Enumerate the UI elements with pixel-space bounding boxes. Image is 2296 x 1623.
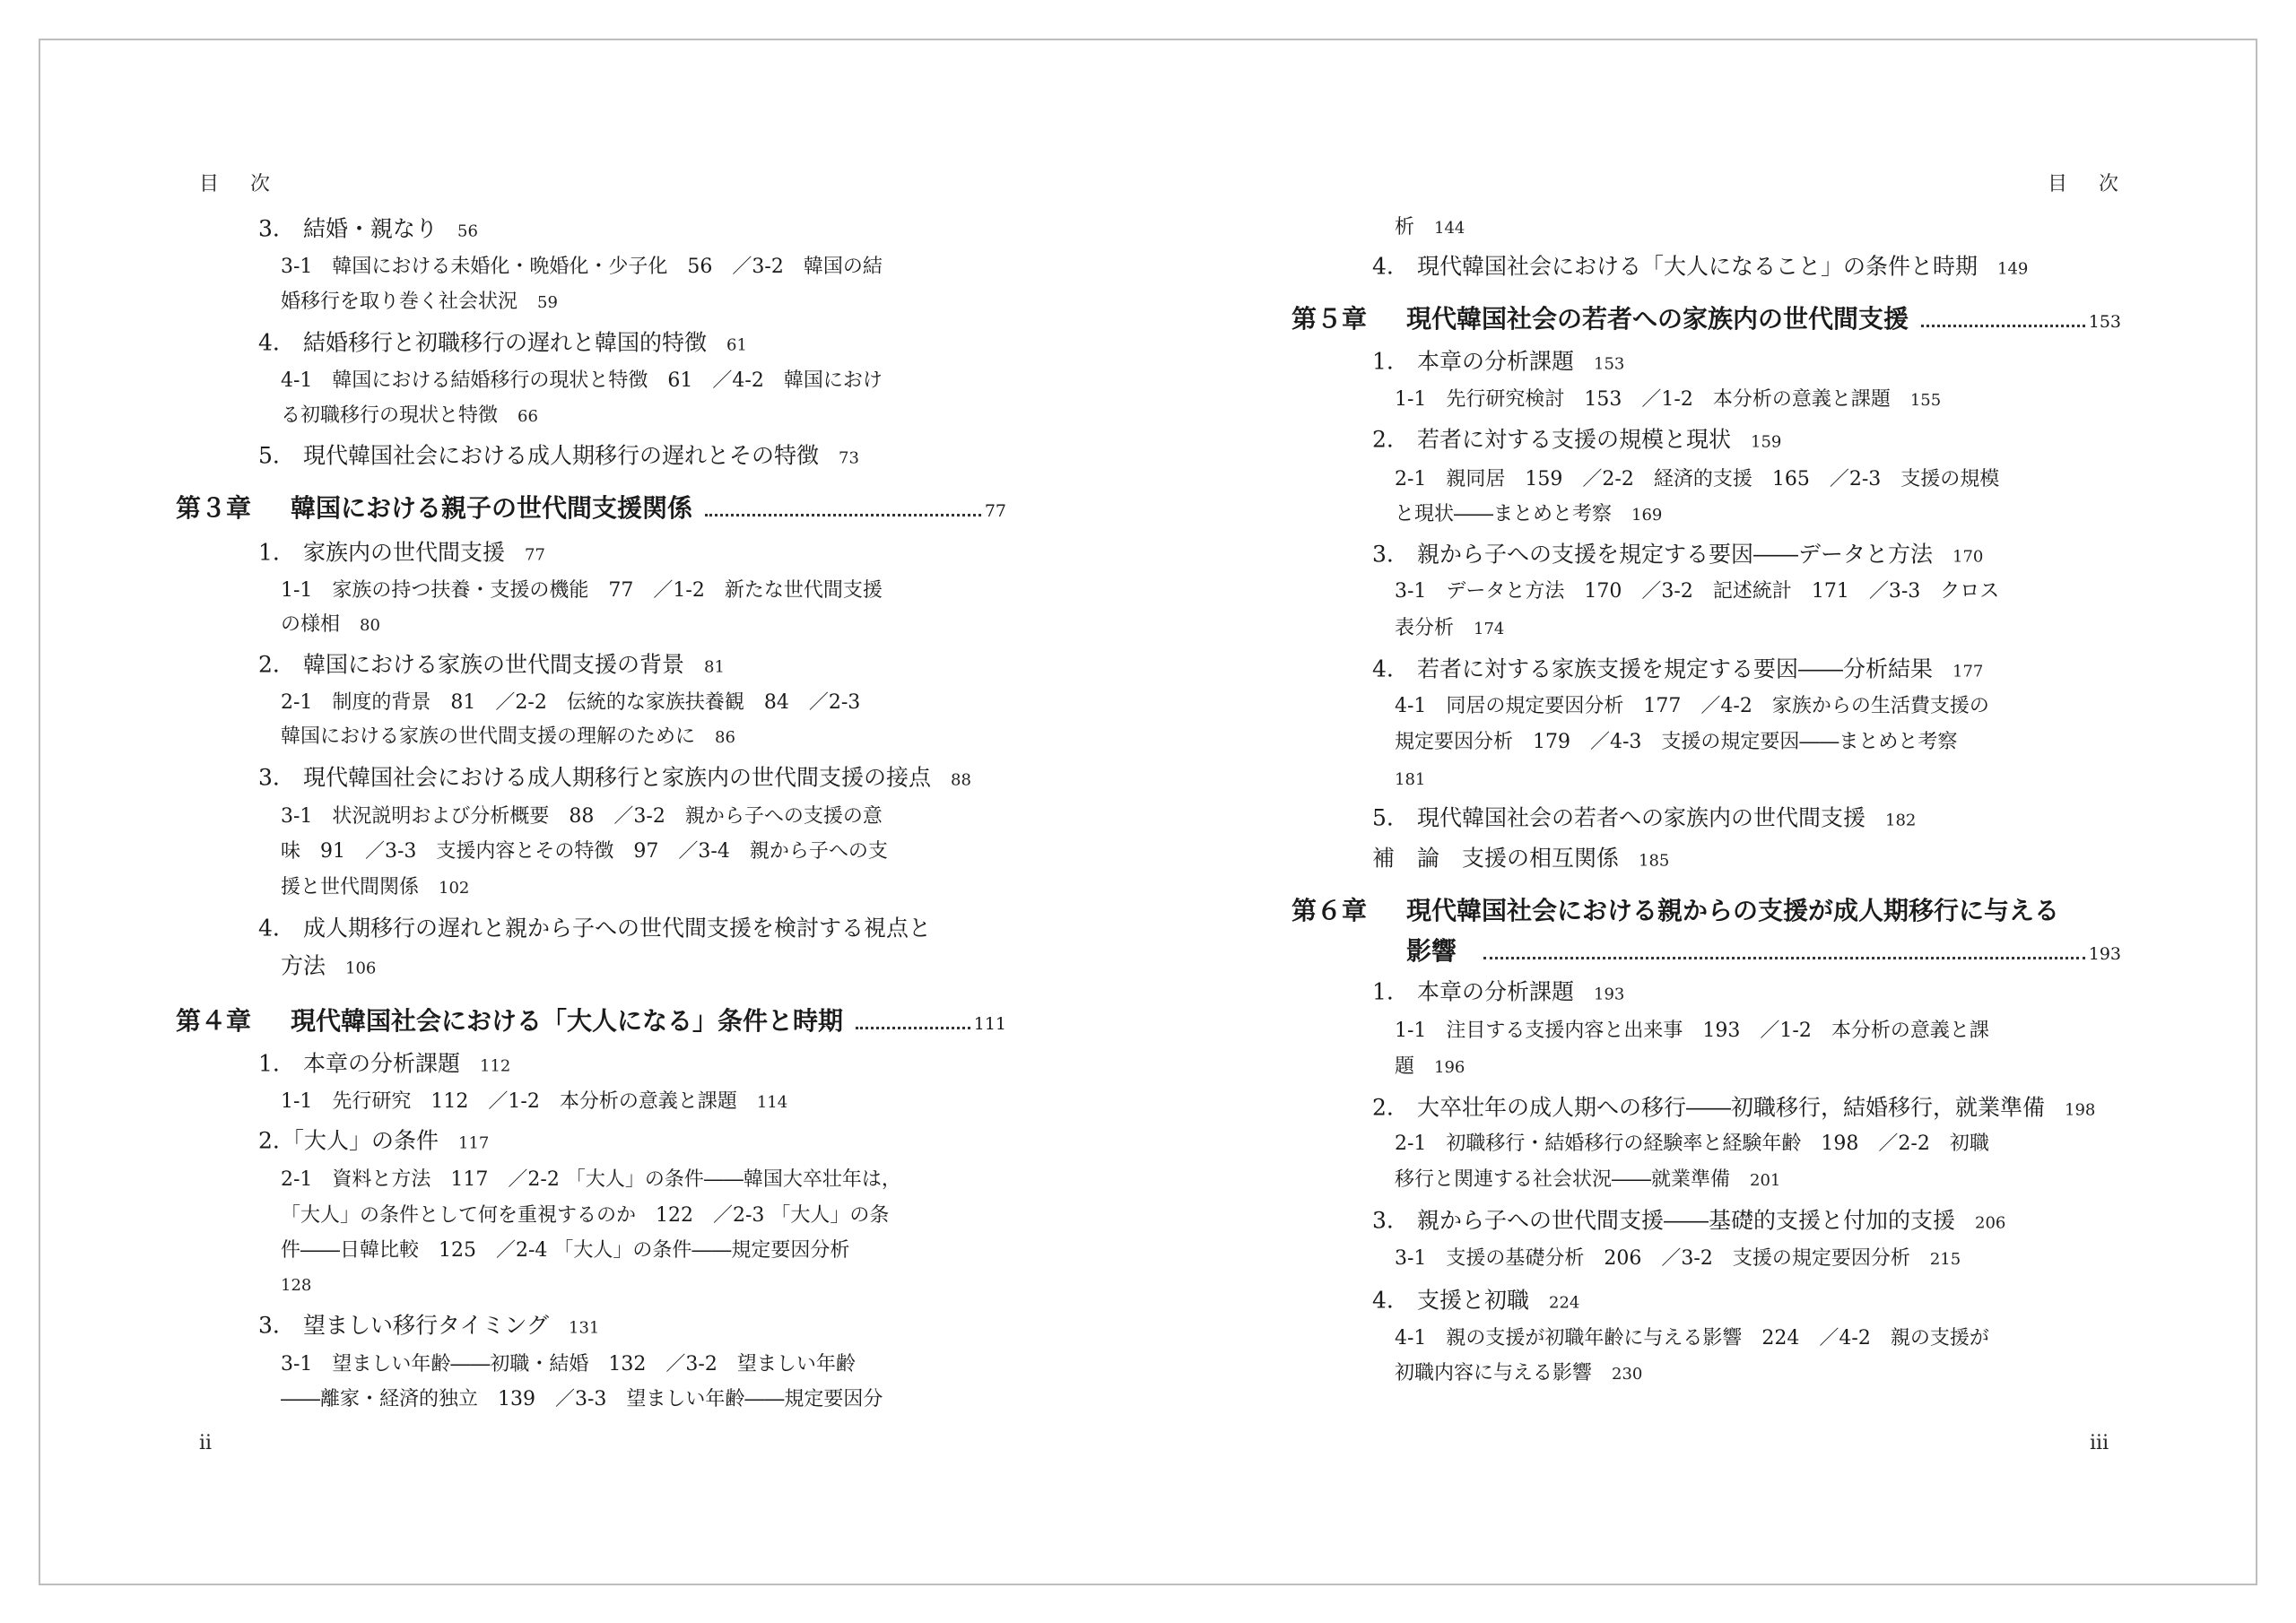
toc-section[interactable]: 3.親から子への世代間支援――基礎的支援と付加的支援206 xyxy=(1372,1210,2005,1232)
toc-supplement[interactable]: 補 論支援の相互関係185 xyxy=(1372,847,1669,870)
page-number: 153 xyxy=(1594,355,1624,374)
toc-section[interactable]: 1.本章の分析課題193 xyxy=(1372,981,1624,1003)
section-title: 本章の分析課題 xyxy=(1417,979,1574,1005)
toc-chapter-6-continued[interactable]: 影響193 xyxy=(1406,939,2121,966)
page-number: 170 xyxy=(1952,548,1983,567)
subsection-text: 2-1 制度的背景 81 ／2-2 伝統的な家族扶養観 84 ／2-3 xyxy=(281,691,860,714)
chapter-title: 現代韓国社会の若者への家族内の世代間支援 xyxy=(1406,307,1909,332)
subsection-text: 2-1 親同居 159 ／2-2 経済的支援 165 ／2-3 支援の規模 xyxy=(1395,468,1999,490)
section-title: 現代韓国社会の若者への家族内の世代間支援 xyxy=(1417,805,1865,831)
subsection-text: 3-1 望ましい年齢――初職・結婚 132 ／3-2 望ましい年齢 xyxy=(281,1353,856,1376)
page-number: 174 xyxy=(1474,620,1504,638)
subsection-text: 婚移行を取り巻く社会状況 xyxy=(281,291,517,313)
toc-section[interactable]: 4.若者に対する家族支援を規定する要因――分析結果177 xyxy=(1372,658,1983,681)
running-header-left: 目 次 xyxy=(199,175,283,195)
toc-subsection[interactable]: 3-1 支援の基礎分析 206 ／3-2 支援の規定要因分析215 xyxy=(1395,1249,1961,1269)
page-folio-right: iii xyxy=(2090,1434,2109,1454)
toc-subsection[interactable]: 韓国における家族の世代間支援の理解のために86 xyxy=(281,727,735,747)
page-number: 61 xyxy=(726,336,747,355)
toc-subsection[interactable]: 「大人」の条件として何を重視するのか 122 ／2-3 「大人」の条 xyxy=(281,1206,889,1226)
page-number: 128 xyxy=(281,1276,311,1295)
section-title: 「大人」の条件 xyxy=(282,1128,439,1154)
page-number: 169 xyxy=(1631,506,1662,525)
subsection-text: 「大人」の条件として何を重視するのか 122 ／2-3 「大人」の条 xyxy=(281,1204,889,1227)
page-number: 131 xyxy=(569,1319,599,1338)
subsection-text: る初職移行の現状と特徴 xyxy=(281,404,498,427)
chapter-page-number: 111 xyxy=(974,1016,1006,1033)
toc-subsection[interactable]: 4-1 親の支援が初職年齢に与える影響 224 ／4-2 親の支援が xyxy=(1395,1329,1989,1349)
page-number: 86 xyxy=(715,728,735,747)
toc-subsection[interactable]: ――離家・経済的独立 139 ／3-3 望ましい年齢――規定要因分 xyxy=(281,1390,883,1410)
section-number: 4. xyxy=(1372,256,1417,278)
page-number: 117 xyxy=(458,1134,489,1153)
subsection-text: 2-1 資料と方法 117 ／2-2 「大人」の条件――韓国大卒壮年は， xyxy=(281,1168,901,1191)
running-header-right: 目 次 xyxy=(2048,175,2131,195)
chapter-title: 現代韓国社会における「大人になる」条件と時期 xyxy=(291,1009,843,1034)
toc-subsection[interactable]: 表分析174 xyxy=(1395,619,1504,638)
section-title: 大卒壮年の成人期への移行――初職移行，結婚移行，就業準備 xyxy=(1417,1095,2045,1121)
toc-section[interactable]: 2.「大人」の条件117 xyxy=(258,1130,489,1152)
toc-subsection[interactable]: の様相80 xyxy=(281,615,380,635)
toc-chapter-6[interactable]: 第６章現代韓国社会における親からの支援が成人期移行に与える xyxy=(1291,898,2059,924)
subsection-text: 4-1 同居の規定要因分析 177 ／4-2 家族からの生活費支援の xyxy=(1395,695,1989,717)
subsection-text: 味 91 ／3-3 支援内容とその特徴 97 ／3-4 親から子への支 xyxy=(281,840,888,863)
page-number: 66 xyxy=(517,407,538,426)
toc-subsection[interactable]: 婚移行を取り巻く社会状況59 xyxy=(281,292,558,312)
subsection-text: 題 xyxy=(1395,1055,1414,1078)
toc-section[interactable]: 1.本章の分析課題112 xyxy=(258,1053,510,1075)
section-title: 親から子への支援を規定する要因――データと方法 xyxy=(1417,542,1933,568)
page-number: 193 xyxy=(1594,985,1624,1004)
subsection-text: 1-1 注目する支援内容と出来事 193 ／1-2 本分析の意義と課 xyxy=(1395,1020,1989,1042)
toc-section[interactable]: 3.現代韓国社会における成人期移行と家族内の世代間支援の接点88 xyxy=(258,767,971,789)
section-number: 3. xyxy=(258,218,303,240)
toc-subsection[interactable]: 2-1 資料と方法 117 ／2-2 「大人」の条件――韓国大卒壮年は， xyxy=(281,1170,901,1190)
subsection-text: 4-1 韓国における結婚移行の現状と特徴 61 ／4-2 韓国におけ xyxy=(281,369,883,392)
toc-subsection[interactable]: 1-1 注目する支援内容と出来事 193 ／1-2 本分析の意義と課 xyxy=(1395,1021,1989,1041)
subsection-text: 4-1 親の支援が初職年齢に与える影響 224 ／4-2 親の支援が xyxy=(1395,1327,1989,1350)
page-number: 112 xyxy=(480,1057,510,1076)
toc-section-continued[interactable]: 方法106 xyxy=(281,955,376,977)
section-number: 2. xyxy=(258,1130,282,1152)
section-title: 現代韓国社会における成人期移行と家族内の世代間支援の接点 xyxy=(303,765,931,791)
toc-chapter-5[interactable]: 第５章現代韓国社会の若者への家族内の世代間支援153 xyxy=(1291,307,2121,334)
section-number: 補 論 xyxy=(1372,847,1462,870)
section-title: 親から子への世代間支援――基礎的支援と付加的支援 xyxy=(1417,1208,1955,1234)
page-number: 206 xyxy=(1975,1214,2005,1233)
section-number: 3. xyxy=(1372,1210,1417,1232)
toc-subsection[interactable]: 4-1 同居の規定要因分析 177 ／4-2 家族からの生活費支援の xyxy=(1395,697,1989,716)
subsection-text: 3-1 データと方法 170 ／3-2 記述統計 171 ／3-3 クロス xyxy=(1395,580,1999,603)
section-number: 1. xyxy=(258,542,303,564)
section-number: 3. xyxy=(258,1315,303,1337)
toc-section[interactable]: 5.現代韓国社会における成人期移行の遅れとその特徴73 xyxy=(258,445,859,467)
toc-section[interactable]: 2.韓国における家族の世代間支援の背景81 xyxy=(258,654,725,676)
subsection-text: 2-1 初職移行・結婚移行の経験率と経験年齢 198 ／2-2 初職 xyxy=(1395,1133,1989,1155)
section-number: 5. xyxy=(258,445,303,467)
page-number: 149 xyxy=(1997,260,2028,279)
section-number: 2. xyxy=(258,654,303,676)
section-title: 支援と初職 xyxy=(1417,1288,1529,1314)
subsection-text: 3-1 韓国における未婚化・晩婚化・少子化 56 ／3-2 韓国の結 xyxy=(281,256,883,278)
section-number: 3. xyxy=(258,767,303,789)
section-number: 4. xyxy=(258,332,303,354)
subsection-text: 援と世代間関係 xyxy=(281,876,419,898)
toc-section[interactable]: 1.本章の分析課題153 xyxy=(1372,351,1624,373)
toc-section[interactable]: 3.望ましい移行タイミング131 xyxy=(258,1315,599,1337)
section-title: 若者に対する家族支援を規定する要因――分析結果 xyxy=(1417,656,1933,682)
toc-section[interactable]: 4.現代韓国社会における「大人になること」の条件と時期149 xyxy=(1372,256,2028,278)
section-number: 1. xyxy=(258,1053,303,1075)
toc-section[interactable]: 2.若者に対する支援の規模と現状159 xyxy=(1372,429,1781,451)
page-number: 215 xyxy=(1930,1250,1961,1269)
section-title: 方法 xyxy=(281,953,326,979)
toc-section[interactable]: 1.家族内の世代間支援77 xyxy=(258,542,545,564)
dot-leader xyxy=(856,1026,970,1029)
page-number: 73 xyxy=(839,449,859,468)
page-number: 77 xyxy=(525,546,545,565)
page-number: 159 xyxy=(1751,433,1781,452)
page-number: 114 xyxy=(757,1093,787,1112)
toc-subsection[interactable]: 1-1 先行研究検討 153 ／1-2 本分析の意義と課題155 xyxy=(1395,390,1941,410)
page-number: 155 xyxy=(1910,391,1941,410)
toc-section[interactable]: 4.支援と初職224 xyxy=(1372,1289,1579,1312)
subsection-text: 3-1 状況説明および分析概要 88 ／3-2 親から子への支援の意 xyxy=(281,805,883,828)
page-number: 177 xyxy=(1952,663,1983,681)
toc-subsection[interactable]: 2-1 親同居 159 ／2-2 経済的支援 165 ／2-3 支援の規模 xyxy=(1395,470,1999,490)
subsection-text: の様相 xyxy=(281,613,340,636)
section-number: 1. xyxy=(1372,981,1417,1003)
subsection-text: 韓国における家族の世代間支援の理解のために xyxy=(281,725,695,748)
section-title: 本章の分析課題 xyxy=(303,1051,460,1077)
toc-chapter-3[interactable]: 第３章韓国における親子の世代間支援関係77 xyxy=(176,496,1006,523)
page-number: 80 xyxy=(360,616,380,635)
page-number: 56 xyxy=(457,222,478,241)
chapter-label: 第３章 xyxy=(176,496,291,521)
toc-subsection[interactable]: 1-1 家族の持つ扶養・支援の機能 77 ／1-2 新たな世代間支援 xyxy=(281,581,883,601)
page-number: 201 xyxy=(1750,1171,1780,1190)
section-title: 現代韓国社会における「大人になること」の条件と時期 xyxy=(1417,254,1978,280)
toc-subsection[interactable]: 128 xyxy=(261,1275,311,1295)
subsection-text: と現状――まとめと考察 xyxy=(1395,503,1612,525)
chapter-page-number: 193 xyxy=(2089,946,2121,963)
toc-subsection[interactable]: 析144 xyxy=(1395,218,1465,238)
toc-subsection[interactable]: 移行と関連する社会状況――就業準備201 xyxy=(1395,1170,1780,1190)
page-number: 182 xyxy=(1885,811,1916,830)
page-number: 102 xyxy=(439,879,469,898)
page-folio-left: ii xyxy=(199,1434,212,1454)
section-title: 家族内の世代間支援 xyxy=(303,540,505,566)
subsection-text: 1-1 家族の持つ扶養・支援の機能 77 ／1-2 新たな世代間支援 xyxy=(281,579,883,602)
page-number: 185 xyxy=(1639,852,1669,871)
toc-subsection[interactable]: 3-1 状況説明および分析概要 88 ／3-2 親から子への支援の意 xyxy=(281,807,883,827)
subsection-text: 析 xyxy=(1395,216,1414,239)
section-title: 結婚・親なり xyxy=(303,216,438,242)
page-number: 88 xyxy=(951,771,971,790)
subsection-text: 1-1 先行研究検討 153 ／1-2 本分析の意義と課題 xyxy=(1395,388,1891,411)
page-number: 81 xyxy=(704,658,725,677)
chapter-label: 第６章 xyxy=(1291,898,1406,924)
toc-subsection[interactable]: 2-1 制度的背景 81 ／2-2 伝統的な家族扶養観 84 ／2-3 xyxy=(281,693,860,713)
subsection-text: 表分析 xyxy=(1395,617,1454,639)
chapter-title: 韓国における親子の世代間支援関係 xyxy=(291,496,692,521)
toc-section[interactable]: 3.親から子への支援を規定する要因――データと方法170 xyxy=(1372,543,1983,566)
subsection-text: ――離家・経済的独立 139 ／3-3 望ましい年齢――規定要因分 xyxy=(281,1388,883,1410)
toc-subsection[interactable]: と現状――まとめと考察169 xyxy=(1395,505,1662,525)
chapter-page-number: 153 xyxy=(2089,314,2121,331)
section-title: 若者に対する支援の規模と現状 xyxy=(1417,427,1731,453)
subsection-text: 件――日韓比較 125 ／2-4 「大人」の条件――規定要因分析 xyxy=(281,1239,849,1262)
page-number: 181 xyxy=(1395,770,1425,789)
toc-subsection[interactable]: 味 91 ／3-3 支援内容とその特徴 97 ／3-4 親から子への支 xyxy=(281,842,888,862)
subsection-text: 3-1 支援の基礎分析 206 ／3-2 支援の規定要因分析 xyxy=(1395,1247,1910,1270)
toc-subsection[interactable]: 3-1 韓国における未婚化・晩婚化・少子化 56 ／3-2 韓国の結 xyxy=(281,257,883,277)
toc-subsection[interactable]: 181 xyxy=(1375,769,1425,789)
toc-subsection[interactable]: 3-1 望ましい年齢――初職・結婚 132 ／3-2 望ましい年齢 xyxy=(281,1355,856,1375)
toc-subsection[interactable]: 題196 xyxy=(1395,1057,1465,1077)
page-number: 106 xyxy=(345,959,376,978)
chapter-title: 現代韓国社会における親からの支援が成人期移行に与える xyxy=(1406,898,2059,924)
toc-section[interactable]: 2.大卒壮年の成人期への移行――初職移行，結婚移行，就業準備198 xyxy=(1372,1097,2095,1119)
page-number: 230 xyxy=(1612,1365,1642,1384)
page-number: 144 xyxy=(1434,219,1465,238)
toc-subsection[interactable]: 2-1 初職移行・結婚移行の経験率と経験年齢 198 ／2-2 初職 xyxy=(1395,1134,1989,1154)
dot-leader xyxy=(1483,956,2085,959)
toc-subsection[interactable]: 1-1 先行研究 112 ／1-2 本分析の意義と課題114 xyxy=(281,1092,787,1112)
toc-subsection[interactable]: る初職移行の現状と特徴66 xyxy=(281,406,538,426)
toc-section[interactable]: 4.結婚移行と初職移行の遅れと韓国的特徴61 xyxy=(258,332,747,354)
subsection-text: 移行と関連する社会状況――就業準備 xyxy=(1395,1168,1730,1191)
toc-subsection[interactable]: 3-1 データと方法 170 ／3-2 記述統計 171 ／3-3 クロス xyxy=(1395,582,1999,602)
chapter-label: 第５章 xyxy=(1291,307,1406,332)
subsection-text: 1-1 先行研究 112 ／1-2 本分析の意義と課題 xyxy=(281,1090,737,1113)
toc-subsection[interactable]: 規定要因分析 179 ／4-3 支援の規定要因――まとめと考察 xyxy=(1395,733,1957,752)
page-number: 224 xyxy=(1549,1294,1579,1313)
section-title: 現代韓国社会における成人期移行の遅れとその特徴 xyxy=(303,443,819,469)
page-number: 59 xyxy=(537,293,558,312)
chapter-page-number: 77 xyxy=(985,503,1006,520)
section-number: 2. xyxy=(1372,429,1417,451)
toc-section[interactable]: 4.成人期移行の遅れと親から子への世代間支援を検討する視点と xyxy=(258,917,931,940)
page-number: 198 xyxy=(2065,1101,2095,1120)
subsection-text: 規定要因分析 179 ／4-3 支援の規定要因――まとめと考察 xyxy=(1395,731,1957,753)
section-number: 4. xyxy=(1372,658,1417,681)
section-title: 望ましい移行タイミング xyxy=(303,1313,549,1339)
section-title: 結婚移行と初職移行の遅れと韓国的特徴 xyxy=(303,330,707,356)
section-number: 4. xyxy=(1372,1289,1417,1312)
chapter-title: 影響 xyxy=(1406,939,1457,964)
section-title: 支援の相互関係 xyxy=(1462,846,1619,872)
dot-leader xyxy=(705,513,981,516)
section-number: 2. xyxy=(1372,1097,1417,1119)
section-number: 4. xyxy=(258,917,303,940)
section-number: 5. xyxy=(1372,807,1417,829)
toc-subsection[interactable]: 援と世代間関係102 xyxy=(281,878,469,898)
chapter-label: 第４章 xyxy=(176,1009,291,1034)
toc-subsection[interactable]: 初職内容に与える影響230 xyxy=(1395,1364,1642,1384)
dot-leader xyxy=(1921,324,2085,327)
section-title: 本章の分析課題 xyxy=(1417,349,1574,375)
toc-section[interactable]: 3.結婚・親なり56 xyxy=(258,218,478,240)
section-title: 成人期移行の遅れと親から子への世代間支援を検討する視点と xyxy=(303,916,931,942)
section-number: 1. xyxy=(1372,351,1417,373)
toc-subsection[interactable]: 件――日韓比較 125 ／2-4 「大人」の条件――規定要因分析 xyxy=(281,1241,849,1261)
subsection-text: 初職内容に与える影響 xyxy=(1395,1362,1592,1384)
toc-chapter-4[interactable]: 第４章現代韓国社会における「大人になる」条件と時期111 xyxy=(176,1009,1006,1036)
section-number: 3. xyxy=(1372,543,1417,566)
section-title: 韓国における家族の世代間支援の背景 xyxy=(303,652,684,678)
page-number: 196 xyxy=(1434,1058,1465,1077)
toc-section[interactable]: 5.現代韓国社会の若者への家族内の世代間支援182 xyxy=(1372,807,1916,829)
toc-subsection[interactable]: 4-1 韓国における結婚移行の現状と特徴 61 ／4-2 韓国におけ xyxy=(281,371,883,391)
